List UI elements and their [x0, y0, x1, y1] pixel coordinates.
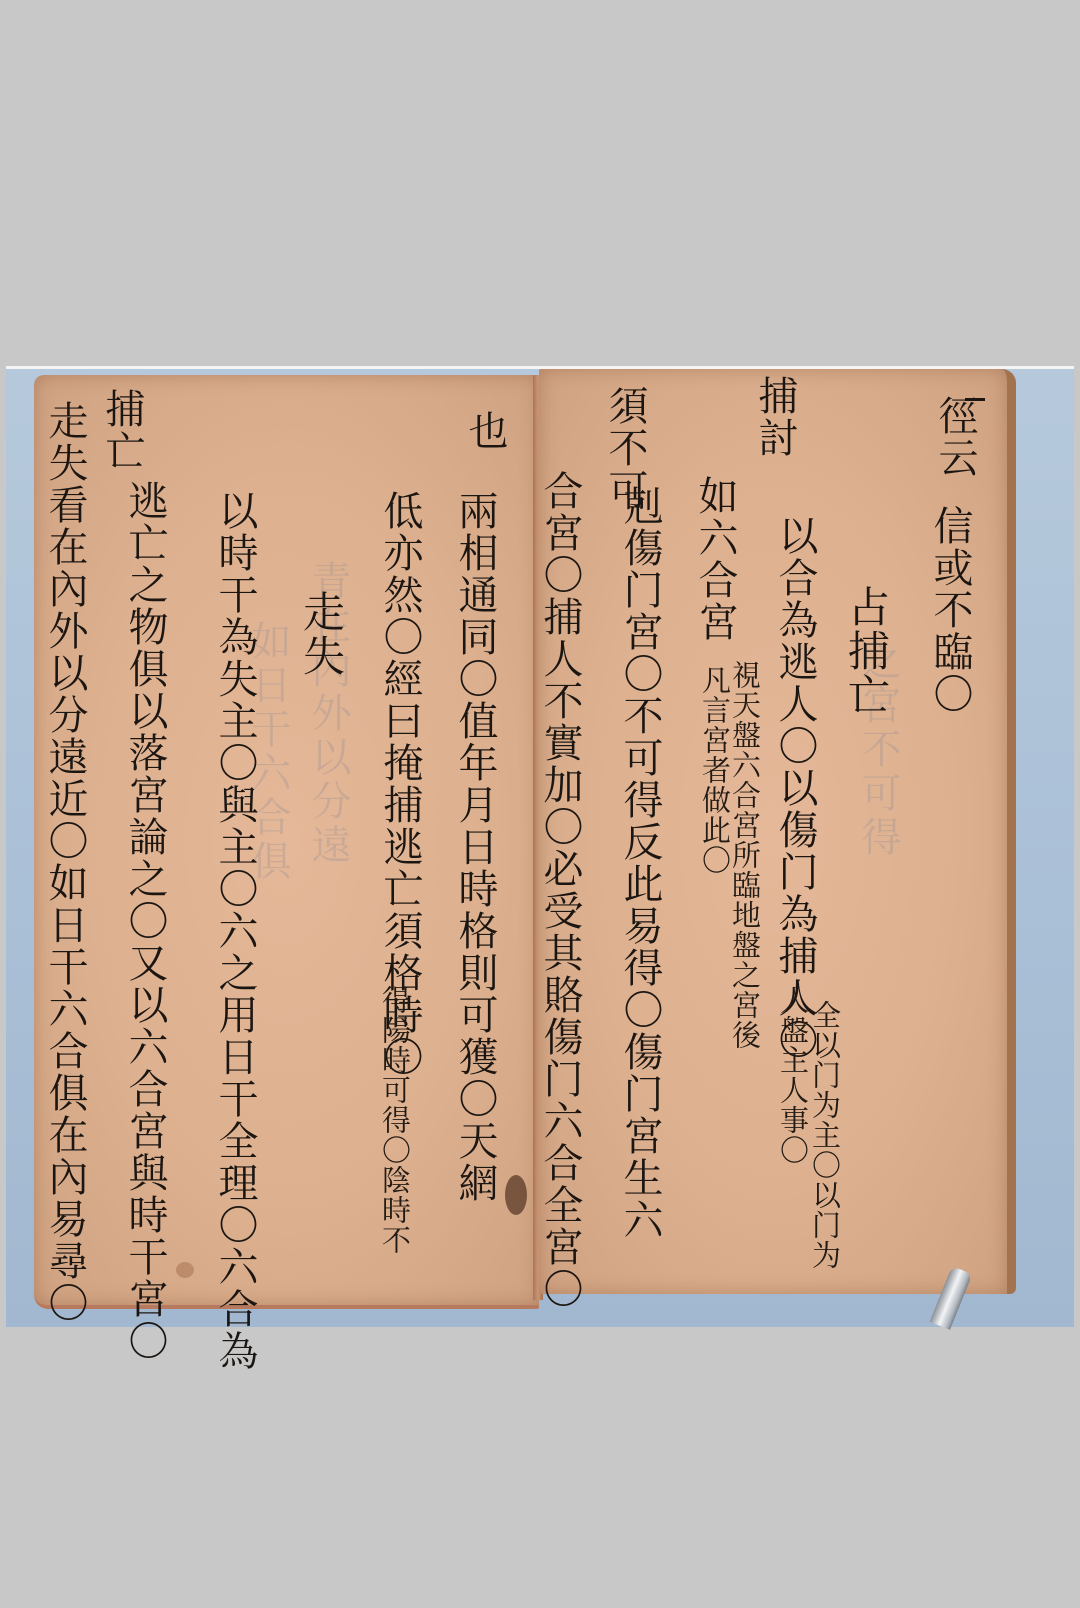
text-column: 合宮〇捕人不實加〇必受其賂傷门六合全宮〇 [540, 470, 580, 1310]
section-heading: 走失 [300, 590, 342, 678]
paper-stain [176, 1262, 194, 1278]
section-heading-small: 捕亡 [102, 388, 142, 472]
text-column: 如六合宮 [695, 475, 735, 643]
binding-stain [505, 1175, 527, 1215]
text-column: 信或不臨〇 [930, 505, 970, 715]
header-column: 須不可 [605, 385, 645, 511]
annotation-column: 得陽時可得〇陰時不 [380, 985, 409, 1255]
section-heading: 占捕亡 [845, 585, 887, 717]
text-column: 兩相通同〇值年月日時格則可獲〇天網 [455, 490, 495, 1204]
annotation-column: 凡言宮者做此〇 [700, 665, 729, 875]
text-column: 走失看在內外以分遠近〇如日干六合俱在內易尋〇 [45, 400, 85, 1324]
text-column: 也 [465, 410, 505, 452]
text-column: 以時干為失主〇與主〇六之用日干全理〇六合為 [215, 490, 255, 1372]
header-column: 捕討 [755, 375, 795, 459]
header-column: 徑云 [935, 395, 975, 479]
annotation-column: 全以门为主〇以门为 [810, 1000, 839, 1270]
text-column: 以合為逃人〇以傷门為捕人〇 [775, 515, 815, 1061]
text-column: 逃亡之物俱以落宮論之〇又以六合宮與時干宮〇 [125, 480, 165, 1362]
annotation-column: 視天盤六合宮所臨地盤之宮後 [730, 660, 759, 1050]
annotation-column: 人盤主人事〇 [778, 985, 807, 1165]
text-column: 剋傷门宮〇不可得反此易得〇傷门宮生六 [620, 485, 660, 1241]
